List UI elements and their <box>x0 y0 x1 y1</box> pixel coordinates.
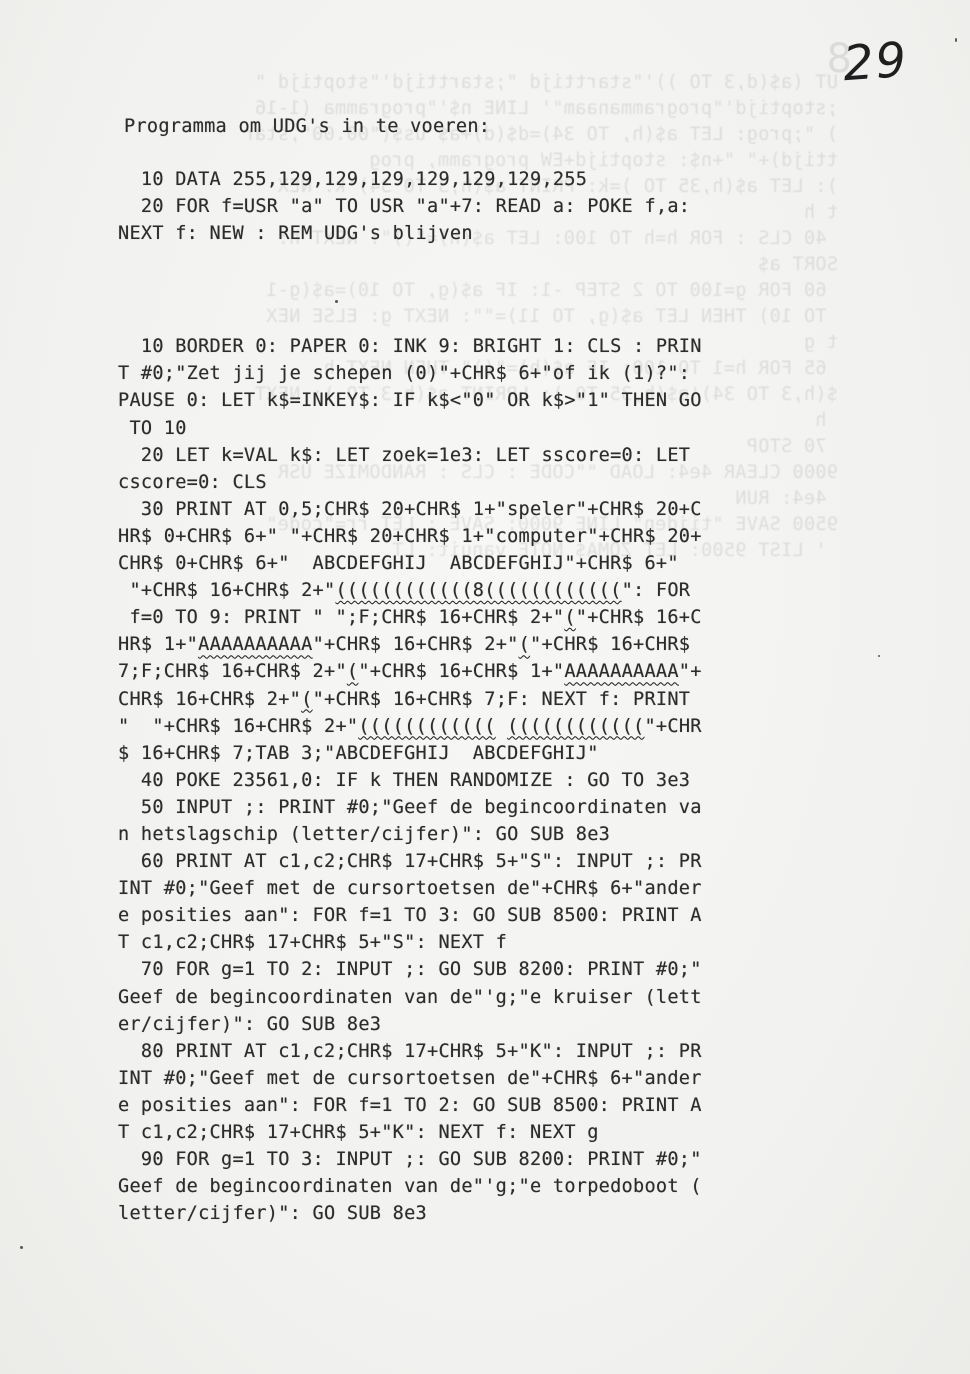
basic-code-line: TO 10 <box>118 415 858 442</box>
basic-code-line: er/cijfer)": GO SUB 8e3 <box>118 1011 858 1038</box>
scanned-page: UT (a$(d,3 TO ))'"starttijd ";starttijd'… <box>0 0 970 1374</box>
scan-speck <box>878 655 880 657</box>
udg-program-block: 10 DATA 255,129,129,129,129,129,129,255 … <box>118 166 858 247</box>
page-number: 29 <box>841 32 910 92</box>
basic-code-line: HR$ 0+CHR$ 6+" "+CHR$ 20+CHR$ 1+"compute… <box>118 523 858 550</box>
basic-code-line: 20 LET k=VAL k$: LET zoek=1e3: LET sscor… <box>118 442 858 469</box>
basic-code-line: CHR$ 0+CHR$ 6+" ABCDEFGHIJ ABCDEFGHIJ"+C… <box>118 550 858 577</box>
basic-code-line: letter/cijfer)": GO SUB 8e3 <box>118 1200 858 1227</box>
basic-code-line: 60 PRINT AT c1,c2;CHR$ 17+CHR$ 5+"S": IN… <box>118 848 858 875</box>
basic-code-line: T c1,c2;CHR$ 17+CHR$ 5+"S": NEXT f <box>118 929 858 956</box>
basic-code-line: 90 FOR g=1 TO 3: INPUT ;: GO SUB 8200: P… <box>118 1146 858 1173</box>
basic-code-line: n hetslagschip (letter/cijfer)": GO SUB … <box>118 821 858 848</box>
basic-code-line: PAUSE 0: LET k$=INKEY$: IF k$<"0" OR k$>… <box>118 387 858 414</box>
basic-code-line: 40 POKE 23561,0: IF k THEN RANDOMIZE : G… <box>118 767 858 794</box>
basic-code-line: 80 PRINT AT c1,c2;CHR$ 17+CHR$ 5+"K": IN… <box>118 1038 858 1065</box>
udg-code-line: NEXT f: NEW : REM UDG's blijven <box>118 220 858 247</box>
basic-code-line: 70 FOR g=1 TO 2: INPUT ;: GO SUB 8200: P… <box>118 956 858 983</box>
basic-code-line: 7;F;CHR$ 16+CHR$ 2+"("+CHR$ 16+CHR$ 1+"A… <box>118 658 858 685</box>
basic-code-line: 30 PRINT AT 0,5;CHR$ 20+CHR$ 1+"speler"+… <box>118 496 858 523</box>
main-program-block: 10 BORDER 0: PAPER 0: INK 9: BRIGHT 1: C… <box>118 333 858 1227</box>
basic-code-line: Geef de begincoordinaten van de"'g;"e kr… <box>118 984 858 1011</box>
basic-code-line: e posities aan": FOR f=1 TO 3: GO SUB 85… <box>118 902 858 929</box>
basic-code-line: 10 BORDER 0: PAPER 0: INK 9: BRIGHT 1: C… <box>118 333 858 360</box>
program-listing: Programma om UDG's in te voeren: 10 DATA… <box>118 113 858 1227</box>
basic-code-line: INT #0;"Geef met de cursortoetsen de"+CH… <box>118 875 858 902</box>
basic-code-line: T #0;"Zet jij je schepen (0)"+CHR$ 6+"of… <box>118 360 858 387</box>
basic-code-line: f=0 TO 9: PRINT " ";F;CHR$ 16+CHR$ 2+"("… <box>118 604 858 631</box>
udg-code-line: 10 DATA 255,129,129,129,129,129,129,255 <box>118 166 858 193</box>
basic-code-line: " "+CHR$ 16+CHR$ 2+"(((((((((((( (((((((… <box>118 713 858 740</box>
basic-code-line: T c1,c2;CHR$ 17+CHR$ 5+"K": NEXT f: NEXT… <box>118 1119 858 1146</box>
basic-code-line: HR$ 1+"AAAAAAAAAA"+CHR$ 16+CHR$ 2+"("+CH… <box>118 631 858 658</box>
scan-speck <box>20 1246 23 1249</box>
basic-code-line: 50 INPUT ;: PRINT #0;"Geef de begincoord… <box>118 794 858 821</box>
basic-code-line: e posities aan": FOR f=1 TO 2: GO SUB 85… <box>118 1092 858 1119</box>
basic-code-line: Geef de begincoordinaten van de"'g;"e to… <box>118 1173 858 1200</box>
basic-code-line: "+CHR$ 16+CHR$ 2+"((((((((((((8(((((((((… <box>118 577 858 604</box>
scan-speck <box>955 38 957 42</box>
scan-speck <box>335 300 338 303</box>
basic-code-line: CHR$ 16+CHR$ 2+"("+CHR$ 16+CHR$ 7;F: NEX… <box>118 686 858 713</box>
udg-code-line: 20 FOR f=USR "a" TO USR "a"+7: READ a: P… <box>118 193 858 220</box>
basic-code-line: INT #0;"Geef met de cursortoetsen de"+CH… <box>118 1065 858 1092</box>
basic-code-line: cscore=0: CLS <box>118 469 858 496</box>
basic-code-line: $ 16+CHR$ 7;TAB 3;"ABCDEFGHIJ ABCDEFGHIJ… <box>118 740 858 767</box>
section-heading: Programma om UDG's in te voeren: <box>124 113 858 140</box>
